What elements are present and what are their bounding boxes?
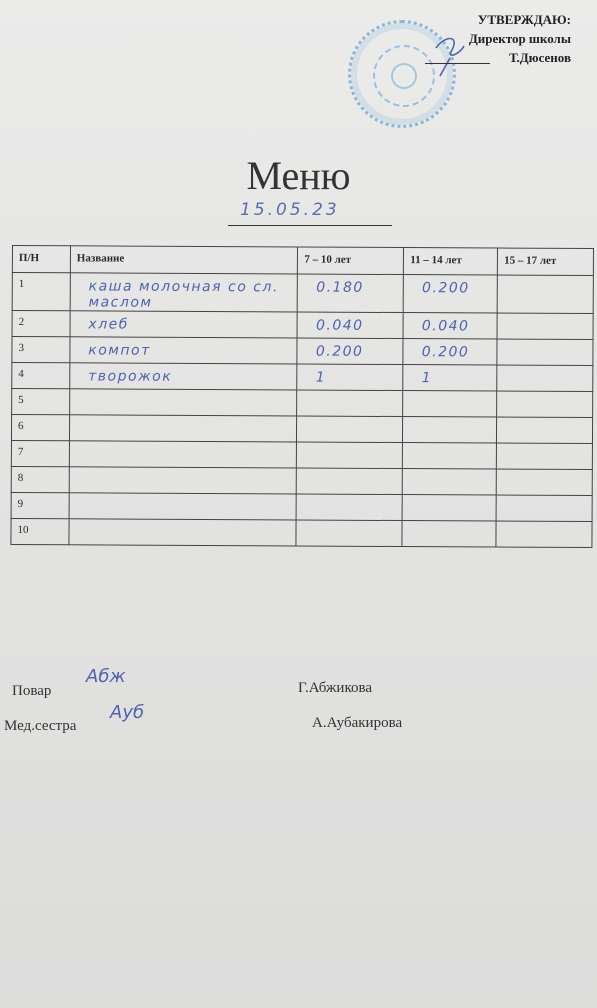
table-row: 9 [11,492,592,521]
qty-age-7-10 [297,468,403,495]
table-row: 10 [11,518,592,547]
row-number: 6 [11,415,69,441]
table-header-row: П/Н Название 7 – 10 лет 11 – 14 лет 15 –… [12,246,593,276]
approval-block: УТВЕРЖДАЮ: Директор школы Т.Дюсенов [469,10,571,67]
qty-age-7-10 [297,390,403,417]
dish-name [69,519,297,546]
qty-age-15-17 [497,391,593,418]
qty-age-15-17 [497,339,593,366]
dish-name [69,415,297,442]
role-nurse: Мед.сестра [4,718,76,735]
dish-name: хлеб [70,311,298,338]
row-number: 5 [12,389,70,415]
qty-age-11-14: 1 [403,365,497,391]
menu-date: 15.05.23 [232,200,362,220]
table-row: 4творожок11 [12,363,593,392]
table-row: 7 [11,440,592,469]
dish-name [69,467,297,494]
header-age-7-10: 7 – 10 лет [298,247,404,275]
qty-age-15-17 [496,469,592,496]
qty-age-11-14 [403,443,497,469]
qty-age-11-14 [403,391,497,417]
cook-signature: Абж [86,666,126,687]
qty-age-11-14: 0.200 [403,339,497,365]
approval-heading: УТВЕРЖДАЮ: [469,10,571,29]
nurse-signature: Ауб [110,702,144,723]
qty-age-7-10: 0.040 [297,312,403,339]
approval-position: Директор школы [469,29,571,48]
qty-age-7-10 [297,494,403,521]
date-underline [228,225,392,226]
table-row: 5 [12,389,593,418]
qty-age-7-10: 0.180 [298,274,404,313]
row-number: 4 [12,363,70,389]
row-number: 10 [11,518,69,544]
qty-age-11-14 [403,417,497,443]
row-number: 9 [11,492,69,518]
header-age-11-14: 11 – 14 лет [404,248,498,275]
table-row: 3компот0.2000.200 [12,337,593,366]
qty-age-11-14: 0.040 [403,313,497,339]
qty-age-15-17 [497,365,593,392]
approval-name: Т.Дюсенов [469,48,571,67]
qty-age-7-10 [296,520,402,547]
dish-name [69,493,297,520]
seal-emblem [391,63,417,89]
qty-age-11-14 [402,495,496,521]
qty-age-11-14: 0.200 [403,275,497,313]
qty-age-15-17 [497,275,593,314]
qty-age-11-14 [402,521,496,547]
row-number: 7 [11,440,69,466]
table-row: 1каша молочная со сл. маслом0.1800.200 [12,273,593,314]
menu-table: П/Н Название 7 – 10 лет 11 – 14 лет 15 –… [10,245,594,548]
document-title: Меню [0,152,597,199]
name-cook: Г.Абжикова [298,680,372,697]
row-number: 1 [12,273,70,311]
row-number: 3 [12,337,70,363]
role-cook: Повар [12,683,51,700]
qty-age-7-10 [297,442,403,469]
header-number: П/Н [12,246,70,273]
dish-name [69,441,297,468]
qty-age-15-17 [497,417,593,444]
table-row: 2хлеб0.0400.040 [12,311,593,340]
qty-age-7-10: 0.200 [297,338,403,365]
dish-name: компот [70,337,298,364]
qty-age-15-17 [497,443,593,470]
qty-age-7-10: 1 [297,364,403,391]
dish-name [69,389,297,416]
table-row: 6 [11,415,592,444]
qty-age-11-14 [402,469,496,495]
row-number: 2 [12,311,70,337]
qty-age-15-17 [497,313,593,340]
row-number: 8 [11,466,69,492]
header-age-15-17: 15 – 17 лет [498,248,594,276]
qty-age-15-17 [496,521,592,548]
director-signature [430,28,470,78]
qty-age-7-10 [297,416,403,443]
dish-name: творожок [70,363,298,390]
table-row: 8 [11,466,592,495]
header-name: Название [70,246,298,274]
name-nurse: А.Аубакирова [312,715,402,732]
dish-name: каша молочная со сл. маслом [70,273,298,312]
qty-age-15-17 [496,495,592,522]
